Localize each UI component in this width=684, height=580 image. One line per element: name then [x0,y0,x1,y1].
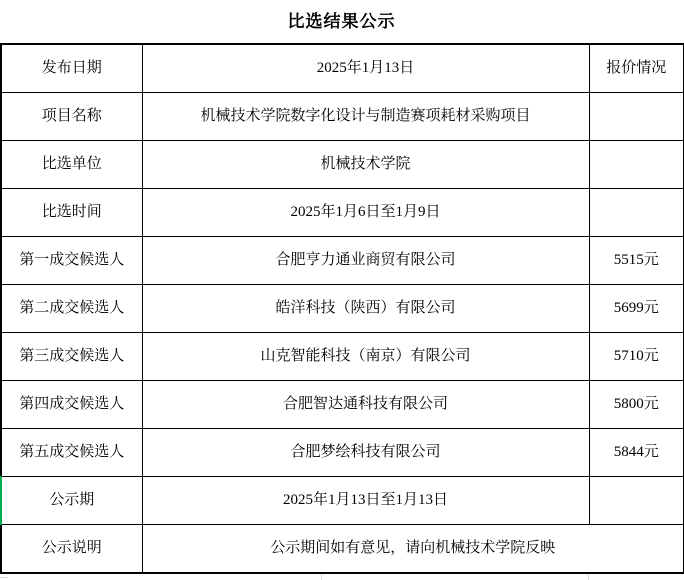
table-row-publicity-period: 公示期 2025年1月13日至1月13日 [1,477,684,525]
price-value: 5515元 [614,252,659,268]
spreadsheet-area: 比选结果公示 发布日期 2025年1月13日 报价情况 项目名称 机械技术学院数… [0,0,684,580]
candidate-name-cell[interactable]: 合肥智达通科技有限公司 [142,381,589,429]
price-value: 5800元 [614,396,659,412]
candidate-name: 皓洋科技（陕西）有限公司 [275,300,455,316]
candidate-name: 山克智能科技（南京）有限公司 [260,348,470,364]
row-label-cell[interactable]: 比选时间 [1,189,142,237]
row-label-cell[interactable]: 第二成交候选人 [1,285,142,333]
candidate-name: 合肥智达通科技有限公司 [283,396,448,412]
candidate-name-cell[interactable]: 合肥亨力通业商贸有限公司 [142,237,589,285]
table-row-selection-unit: 比选单位 机械技术学院 [1,141,684,189]
price-cell[interactable]: 5515元 [589,237,684,285]
price-value: 5710元 [614,348,659,364]
row-label-cell[interactable]: 发布日期 [1,44,142,93]
price-value: 5844元 [614,444,659,460]
row-label: 项目名称 [42,108,102,124]
price-header-cell[interactable]: 报价情况 [589,44,684,93]
price-cell[interactable]: 5844元 [589,429,684,477]
candidate-name: 合肥亨力通业商贸有限公司 [275,252,455,268]
table-row-candidate-3: 第三成交候选人 山克智能科技（南京）有限公司 5710元 [1,333,684,381]
row-label: 比选单位 [42,156,102,172]
table-row-candidate-5: 第五成交候选人 合肥梦绘科技有限公司 5844元 [1,429,684,477]
row-label: 第五成交候选人 [19,444,124,460]
row-label-cell[interactable]: 比选单位 [1,141,142,189]
price-header: 报价情况 [606,60,666,76]
table-row-selection-time: 比选时间 2025年1月6日至1月9日 [1,189,684,237]
row-value: 公示期间如有意见，请向机械技术学院反映 [270,540,555,556]
table-row-candidate-1: 第一成交候选人 合肥亨力通业商贸有限公司 5515元 [1,237,684,285]
row-value-cell[interactable]: 机械技术学院数字化设计与制造赛项耗材采购项目 [142,93,589,141]
row-label: 发布日期 [42,60,102,76]
row-label-cell[interactable]: 第四成交候选人 [1,381,142,429]
row-label: 比选时间 [42,204,102,220]
row-value-cell[interactable]: 2025年1月13日至1月13日 [142,477,589,525]
row-label-cell-selected[interactable]: 公示期 [1,477,142,525]
table-row-candidate-4: 第四成交候选人 合肥智达通科技有限公司 5800元 [1,381,684,429]
table-row-candidate-2: 第二成交候选人 皓洋科技（陕西）有限公司 5699元 [1,285,684,333]
row-label: 第一成交候选人 [19,252,124,268]
row-label: 第四成交候选人 [19,396,124,412]
price-cell[interactable] [589,189,684,237]
row-value-cell[interactable]: 2025年1月13日 [142,44,589,93]
row-value: 2025年1月13日至1月13日 [283,492,448,508]
row-value: 机械技术学院 [320,156,410,172]
row-label-cell[interactable]: 第五成交候选人 [1,429,142,477]
price-cell[interactable] [589,93,684,141]
row-label: 公示说明 [42,540,102,556]
price-cell[interactable]: 5699元 [589,285,684,333]
row-label-cell[interactable]: 项目名称 [1,93,142,141]
price-value: 5699元 [614,300,659,316]
row-value: 机械技术学院数字化设计与制造赛项耗材采购项目 [200,108,530,124]
candidate-name-cell[interactable]: 皓洋科技（陕西）有限公司 [142,285,589,333]
price-cell[interactable] [589,477,684,525]
row-label: 第二成交候选人 [19,300,124,316]
row-label: 第三成交候选人 [19,348,124,364]
announcement-table: 发布日期 2025年1月13日 报价情况 项目名称 机械技术学院数字化设计与制造… [0,43,684,574]
price-cell[interactable] [589,141,684,189]
candidate-name: 合肥梦绘科技有限公司 [290,444,440,460]
candidate-name-cell[interactable]: 山克智能科技（南京）有限公司 [142,333,589,381]
gridline-stub [0,577,8,578]
price-cell[interactable]: 5710元 [589,333,684,381]
candidate-name-cell[interactable]: 合肥梦绘科技有限公司 [142,429,589,477]
document-title: 比选结果公示 [0,0,683,43]
row-value: 2025年1月13日 [317,60,415,76]
row-label-cell[interactable]: 第一成交候选人 [1,237,142,285]
row-label-cell[interactable]: 公示说明 [1,525,142,574]
price-cell[interactable]: 5800元 [589,381,684,429]
row-value: 2025年1月6日至1月9日 [290,204,440,220]
row-value-cell-merged[interactable]: 公示期间如有意见，请向机械技术学院反映 [142,525,684,574]
table-row-publicity-note: 公示说明 公示期间如有意见，请向机械技术学院反映 [1,525,684,574]
table-row-project-name: 项目名称 机械技术学院数字化设计与制造赛项耗材采购项目 [1,93,684,141]
row-value-cell[interactable]: 2025年1月6日至1月9日 [142,189,589,237]
gridline-stub [588,574,589,580]
table-row-publish-date: 发布日期 2025年1月13日 报价情况 [1,44,684,93]
row-value-cell[interactable]: 机械技术学院 [142,141,589,189]
gridline-stub [321,574,322,580]
row-label: 公示期 [49,492,94,508]
row-label-cell[interactable]: 第三成交候选人 [1,333,142,381]
